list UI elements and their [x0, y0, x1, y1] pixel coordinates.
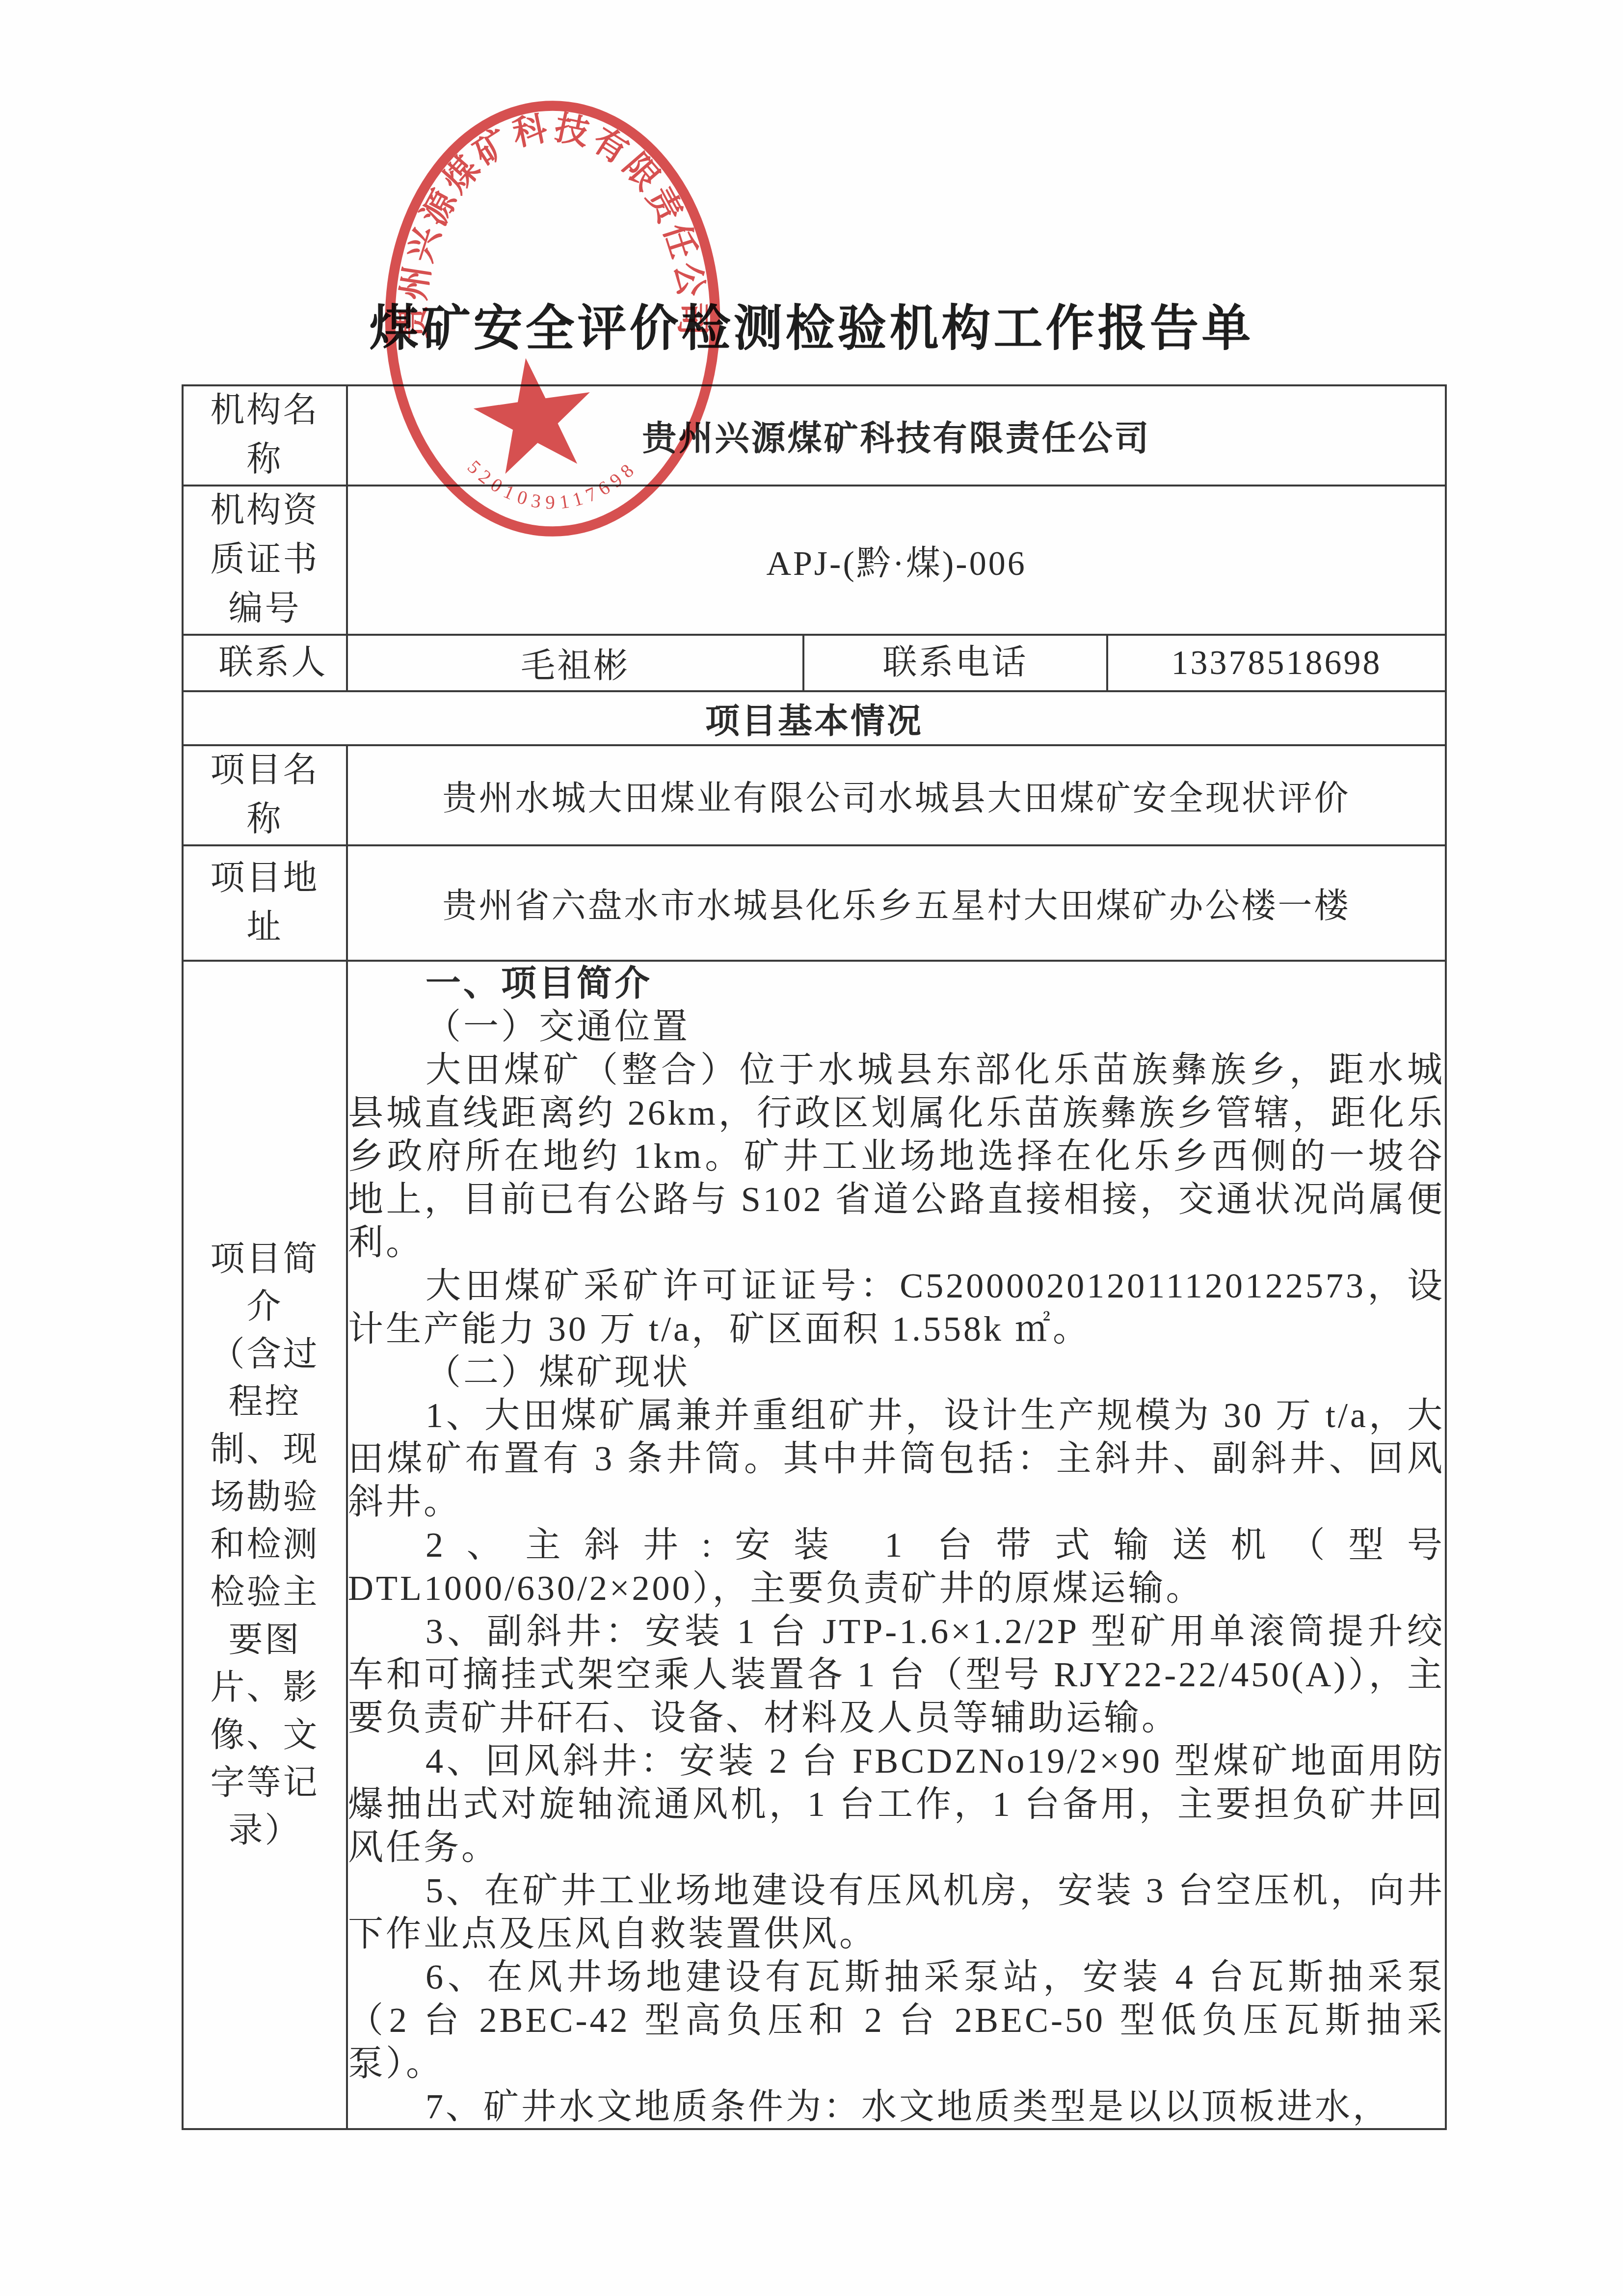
- section-header-project-info: 项目基本情况: [183, 691, 1446, 745]
- intro-paragraph: 2、主斜井:安装 1 台带式输送机（型号 DTL1000/630/2×200），…: [348, 1523, 1445, 1610]
- intro-paragraph: （二）煤矿现状: [348, 1351, 1445, 1394]
- cert-number-label: 机构资 质证书 编号: [183, 486, 347, 635]
- report-table: 机构名 称 贵州兴源煤矿科技有限责任公司 机构资 质证书 编号 APJ-(黔·煤…: [182, 384, 1447, 2130]
- document-title: 煤矿安全评价检测检验机构工作报告单: [0, 289, 1623, 359]
- table-row-org-name: 机构名 称 贵州兴源煤矿科技有限责任公司: [183, 385, 1446, 486]
- table-row-section-header: 项目基本情况: [183, 691, 1446, 745]
- org-name-label: 机构名 称: [183, 385, 347, 486]
- project-address-value: 贵州省六盘水市水城县化乐乡五星村大田煤矿办公楼一楼: [347, 845, 1446, 961]
- intro-paragraph: 一、项目简介: [348, 962, 1445, 1005]
- contact-value: 毛祖彬: [347, 635, 803, 691]
- intro-paragraph: 7、矿井水文地质条件为：水文地质类型是以以顶板进水，: [348, 2085, 1445, 2128]
- intro-paragraph: 3、副斜井：安装 1 台 JTP-1.6×1.2/2P 型矿用单滚筒提升绞车和可…: [348, 1610, 1445, 1739]
- project-name-value: 贵州水城大田煤业有限公司水城县大田煤矿安全现状评价: [347, 745, 1446, 845]
- project-name-label: 项目名 称: [183, 745, 347, 845]
- intro-paragraph: 4、回风斜井：安装 2 台 FBCDZNo19/2×90 型煤矿地面用防爆抽出式…: [348, 1739, 1445, 1869]
- intro-paragraphs: 一、项目简介（一）交通位置大田煤矿（整合）位于水城县东部化乐苗族彝族乡，距水城县…: [347, 961, 1446, 2129]
- intro-paragraph: 1、大田煤矿属兼并重组矿井，设计生产规模为 30 万 t/a，大田煤矿布置有 3…: [348, 1394, 1445, 1523]
- table-row-cert-number: 机构资 质证书 编号 APJ-(黔·煤)-006: [183, 486, 1446, 635]
- intro-paragraph: （一）交通位置: [348, 1005, 1445, 1048]
- table-row-project-address: 项目地 址 贵州省六盘水市水城县化乐乡五星村大田煤矿办公楼一楼: [183, 845, 1446, 961]
- intro-paragraph: 大田煤矿（整合）位于水城县东部化乐苗族彝族乡，距水城县城直线距离约 26km，行…: [348, 1048, 1445, 1264]
- contact-label: 联系人: [183, 635, 347, 691]
- phone-value: 13378518698: [1107, 635, 1446, 691]
- scanned-report-page: 煤矿安全评价检测检验机构工作报告单 机构名 称 贵州兴源煤矿科技有限责任公司 机…: [0, 0, 1623, 2296]
- table-row-contact: 联系人 毛祖彬 联系电话 13378518698: [183, 635, 1446, 691]
- project-address-label: 项目地 址: [183, 845, 347, 961]
- table-row-project-intro: 项目简 介 （含过 程控 制、现 场勘验 和检测 检验主 要图 片、影 像、文 …: [183, 961, 1446, 2129]
- phone-label: 联系电话: [803, 635, 1107, 691]
- table-row-project-name: 项目名 称 贵州水城大田煤业有限公司水城县大田煤矿安全现状评价: [183, 745, 1446, 845]
- intro-paragraph: 5、在矿井工业场地建设有压风机房，安装 3 台空压机，向井下作业点及压风自救装置…: [348, 1869, 1445, 1955]
- intro-paragraph: 6、在风井场地建设有瓦斯抽采泵站，安装 4 台瓦斯抽采泵（2 台 2BEC-42…: [348, 1955, 1445, 2085]
- intro-label: 项目简 介 （含过 程控 制、现 场勘验 和检测 检验主 要图 片、影 像、文 …: [183, 961, 347, 2129]
- intro-paragraph: 大田煤矿采矿许可证证号：C5200002012011120122573，设计生产…: [348, 1264, 1445, 1351]
- org-name-value: 贵州兴源煤矿科技有限责任公司: [347, 385, 1446, 486]
- cert-number-value: APJ-(黔·煤)-006: [347, 486, 1446, 635]
